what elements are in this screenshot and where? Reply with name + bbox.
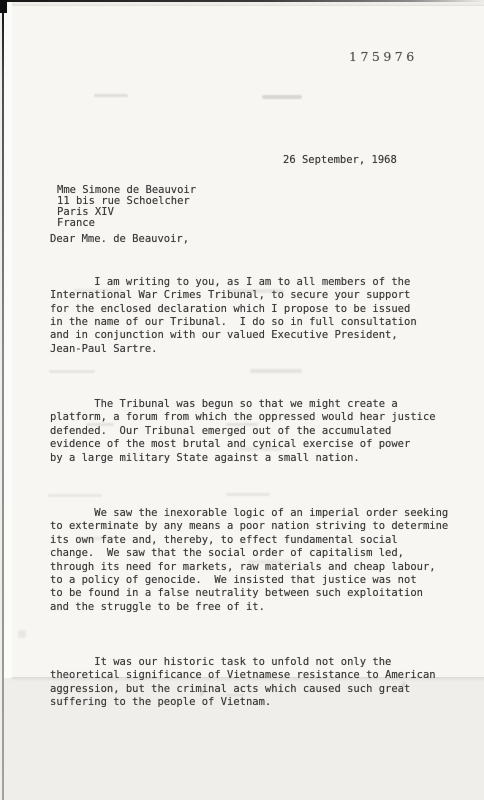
paragraph-2: The Tribunal was begun so that we might …	[50, 398, 448, 465]
scan-corner-mark	[0, 0, 7, 13]
scan-left-gutter	[4, 2, 12, 678]
scan-edge-top	[0, 0, 484, 2]
paragraph-3: We saw the inexorable logic of an imperi…	[50, 507, 448, 614]
paragraph-1: I am writing to you, as I am to all memb…	[50, 276, 448, 356]
archive-stamp-number: 175976	[349, 49, 418, 64]
scanned-letter: 175976 26 September, 1968 Mme Simone de …	[0, 0, 484, 800]
letter-body: I am writing to you, as I am to all memb…	[50, 249, 448, 751]
recipient-address: Mme Simone de Beauvoir 11 bis rue Schoel…	[57, 185, 196, 229]
paragraph-4: It was our historic task to unfold not o…	[50, 656, 448, 710]
scan-edge-left	[2, 0, 4, 800]
letter-date: 26 September, 1968	[283, 154, 397, 166]
salutation: Dear Mme. de Beauvoir,	[50, 233, 189, 245]
